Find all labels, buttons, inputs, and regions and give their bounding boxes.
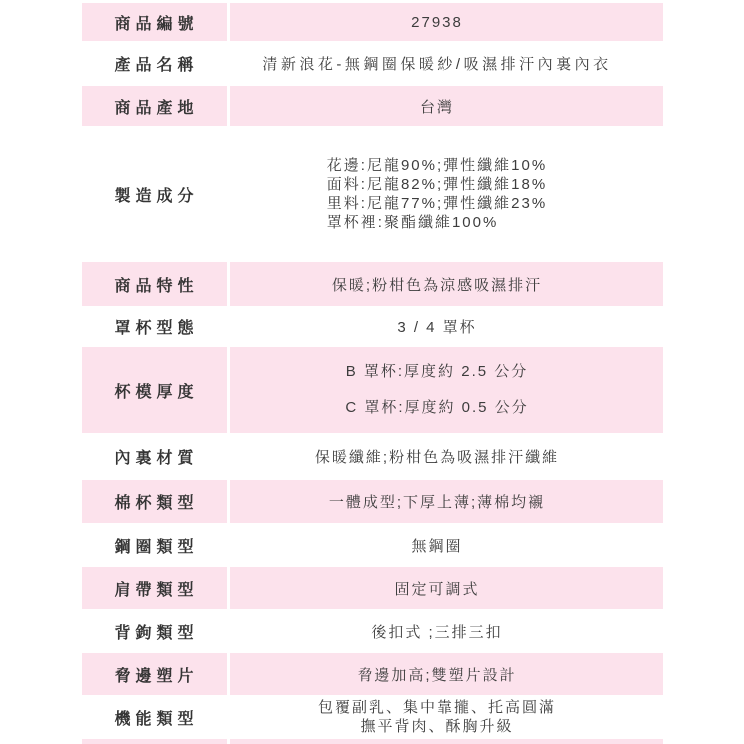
row-value-text: 花邊:尼龍90%;彈性纖維10% 面料:尼龍82%;彈性纖維18% 里料:尼龍7… bbox=[327, 156, 547, 232]
row-label-text: 棉杯類型 bbox=[114, 490, 198, 513]
table-row: 商品特性 保暖;粉柑色為涼感吸濕排汗 bbox=[82, 262, 663, 306]
table-row: 罩杯型態 3 / 4 罩杯 bbox=[82, 306, 663, 347]
row-label: 商品編號 bbox=[82, 3, 227, 41]
row-value-text: 固定可調式 bbox=[394, 578, 479, 599]
row-value: 保暖;粉柑色為涼感吸濕排汗 bbox=[230, 262, 663, 306]
row-label bbox=[82, 739, 227, 744]
row-label: 機能類型 bbox=[82, 695, 227, 739]
row-value: B 罩杯:厚度約 2.5 公分 C 罩杯:厚度約 0.5 公分 bbox=[230, 347, 663, 433]
row-label-text: 內裏材質 bbox=[114, 445, 198, 468]
row-value-text: 27938 bbox=[411, 14, 463, 31]
table-row: 產品名稱 清新浪花-無鋼圈保暖紗/吸濕排汗內裏內衣 bbox=[82, 41, 663, 86]
row-label-text: 產品名稱 bbox=[114, 52, 198, 75]
row-label-text: 肩帶類型 bbox=[114, 577, 198, 600]
row-label: 棉杯類型 bbox=[82, 480, 227, 523]
row-label: 商品特性 bbox=[82, 262, 227, 306]
table-row: 背鉤類型 後扣式 ;三排三扣 bbox=[82, 609, 663, 653]
row-value: 27938 bbox=[230, 3, 663, 41]
row-value-text: 脅邊加高;雙塑片設計 bbox=[357, 664, 516, 685]
product-spec-table: 商品編號 27938 產品名稱 清新浪花-無鋼圈保暖紗/吸濕排汗內裏內衣 商品產… bbox=[82, 3, 663, 744]
row-label: 肩帶類型 bbox=[82, 567, 227, 609]
row-label: 杯模厚度 bbox=[82, 347, 227, 433]
row-label: 產品名稱 bbox=[82, 41, 227, 86]
row-label-text: 背鉤類型 bbox=[114, 620, 198, 643]
row-value: 花邊:尼龍90%;彈性纖維10% 面料:尼龍82%;彈性纖維18% 里料:尼龍7… bbox=[230, 126, 663, 262]
row-label-text: 商品編號 bbox=[114, 11, 198, 34]
table-row: 杯模厚度 B 罩杯:厚度約 2.5 公分 C 罩杯:厚度約 0.5 公分 bbox=[82, 347, 663, 433]
row-label: 製造成分 bbox=[82, 126, 227, 262]
row-value-text: 一體成型;下厚上薄;薄棉均襯 bbox=[329, 491, 545, 512]
table-row: 肩帶類型 固定可調式 bbox=[82, 567, 663, 609]
row-label-text: 脅邊塑片 bbox=[114, 663, 198, 686]
row-value: 台灣 bbox=[230, 86, 663, 126]
row-label-text: 機能類型 bbox=[114, 706, 198, 729]
row-value-text: 3 / 4 罩杯 bbox=[397, 316, 476, 337]
row-value: 無鋼圈 bbox=[230, 523, 663, 567]
row-label-text: 罩杯型態 bbox=[114, 315, 198, 338]
row-value: 一體成型;下厚上薄;薄棉均襯 bbox=[230, 480, 663, 523]
row-label: 背鉤類型 bbox=[82, 609, 227, 653]
row-value-text: 台灣 bbox=[420, 96, 454, 117]
row-label: 罩杯型態 bbox=[82, 306, 227, 347]
row-value: 後扣式 ;三排三扣 bbox=[230, 609, 663, 653]
row-label-text: 商品產地 bbox=[114, 95, 198, 118]
row-value-text: B 罩杯:厚度約 2.5 公分 C 罩杯:厚度約 0.5 公分 bbox=[345, 354, 528, 426]
row-label: 鋼圈類型 bbox=[82, 523, 227, 567]
table-row: 棉杯類型 一體成型;下厚上薄;薄棉均襯 bbox=[82, 480, 663, 523]
row-label: 內裏材質 bbox=[82, 433, 227, 480]
row-value: 固定可調式 bbox=[230, 567, 663, 609]
row-value-text: 無鋼圈 bbox=[411, 535, 462, 556]
table-row: 機能類型 包覆副乳、集中靠攏、托高圓滿 撫平背肉、酥胸升級 bbox=[82, 695, 663, 739]
row-value-text: 保暖纖維;粉柑色為吸濕排汗纖維 bbox=[315, 446, 559, 467]
row-label: 商品產地 bbox=[82, 86, 227, 126]
table-row: 內裏材質 保暖纖維;粉柑色為吸濕排汗纖維 bbox=[82, 433, 663, 480]
row-value bbox=[230, 739, 663, 744]
row-value-text: 保暖;粉柑色為涼感吸濕排汗 bbox=[332, 274, 542, 295]
row-value: 3 / 4 罩杯 bbox=[230, 306, 663, 347]
table-row: 鋼圈類型 無鋼圈 bbox=[82, 523, 663, 567]
row-value-text: 後扣式 ;三排三扣 bbox=[371, 621, 502, 642]
row-label-text: 製造成分 bbox=[114, 183, 198, 206]
table-row: 製造成分 花邊:尼龍90%;彈性纖維10% 面料:尼龍82%;彈性纖維18% 里… bbox=[82, 126, 663, 262]
table-row: 商品產地 台灣 bbox=[82, 86, 663, 126]
row-label: 脅邊塑片 bbox=[82, 653, 227, 695]
row-label-text: 鋼圈類型 bbox=[114, 534, 198, 557]
row-label-text: 杯模厚度 bbox=[114, 379, 198, 402]
row-label-text: 商品特性 bbox=[114, 273, 198, 296]
row-value: 包覆副乳、集中靠攏、托高圓滿 撫平背肉、酥胸升級 bbox=[230, 695, 663, 739]
table-row: 脅邊塑片 脅邊加高;雙塑片設計 bbox=[82, 653, 663, 695]
table-row-partial bbox=[82, 739, 663, 744]
row-value: 脅邊加高;雙塑片設計 bbox=[230, 653, 663, 695]
row-value: 清新浪花-無鋼圈保暖紗/吸濕排汗內裏內衣 bbox=[230, 41, 663, 86]
row-value: 保暖纖維;粉柑色為吸濕排汗纖維 bbox=[230, 433, 663, 480]
row-value-text: 包覆副乳、集中靠攏、托高圓滿 撫平背肉、酥胸升級 bbox=[318, 698, 556, 736]
row-value-text: 清新浪花-無鋼圈保暖紗/吸濕排汗內裏內衣 bbox=[262, 53, 611, 74]
table-row: 商品編號 27938 bbox=[82, 3, 663, 41]
